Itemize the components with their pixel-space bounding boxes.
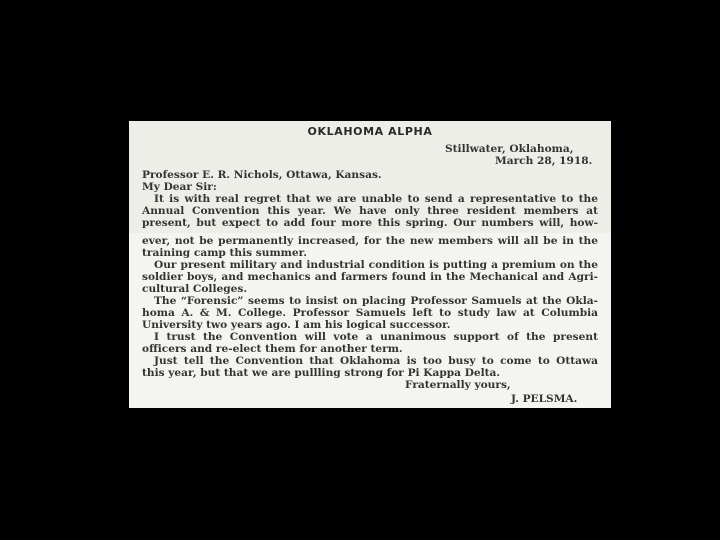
- body-line: training camp this summer.: [142, 247, 598, 259]
- body-line: officers and re-elect them for another t…: [142, 343, 598, 355]
- body-line: It is with real regret that we are unabl…: [154, 193, 598, 205]
- body-line: this year, but that we are pullling stro…: [142, 367, 598, 379]
- letter-salutation: My Dear Sir:: [142, 181, 217, 193]
- body-line: Just tell the Convention that Oklahoma i…: [154, 355, 598, 367]
- body-line: Our present military and industrial cond…: [154, 259, 598, 271]
- body-line: I trust the Convention will vote a unani…: [154, 331, 598, 343]
- body-line: homa A. & M. College. Professor Samuels …: [142, 307, 598, 319]
- body-line: soldier boys, and mechanics and farmers …: [142, 271, 598, 283]
- body-line: University two years ago. I am his logic…: [142, 319, 598, 331]
- letter-heading: OKLAHOMA ALPHA: [129, 125, 611, 138]
- letter-signature: J. PELSMA.: [511, 393, 577, 405]
- letter-page: OKLAHOMA ALPHA Stillwater, Oklahoma, Mar…: [129, 121, 611, 408]
- body-line: present, but expect to add four more thi…: [142, 217, 598, 229]
- letter-place: Stillwater, Oklahoma,: [445, 143, 573, 155]
- body-line: The “Forensic” seems to insist on placin…: [154, 295, 598, 307]
- letter-content: OKLAHOMA ALPHA Stillwater, Oklahoma, Mar…: [129, 121, 611, 408]
- letter-closing: Fraternally yours,: [405, 379, 511, 391]
- letter-addressee: Professor E. R. Nichols, Ottawa, Kansas.: [142, 169, 382, 181]
- body-line: ever, not be permanently increased, for …: [142, 235, 598, 247]
- body-line: Annual Convention this year. We have onl…: [142, 205, 598, 217]
- body-line: cultural Colleges.: [142, 283, 598, 295]
- letter-date: March 28, 1918.: [495, 155, 592, 167]
